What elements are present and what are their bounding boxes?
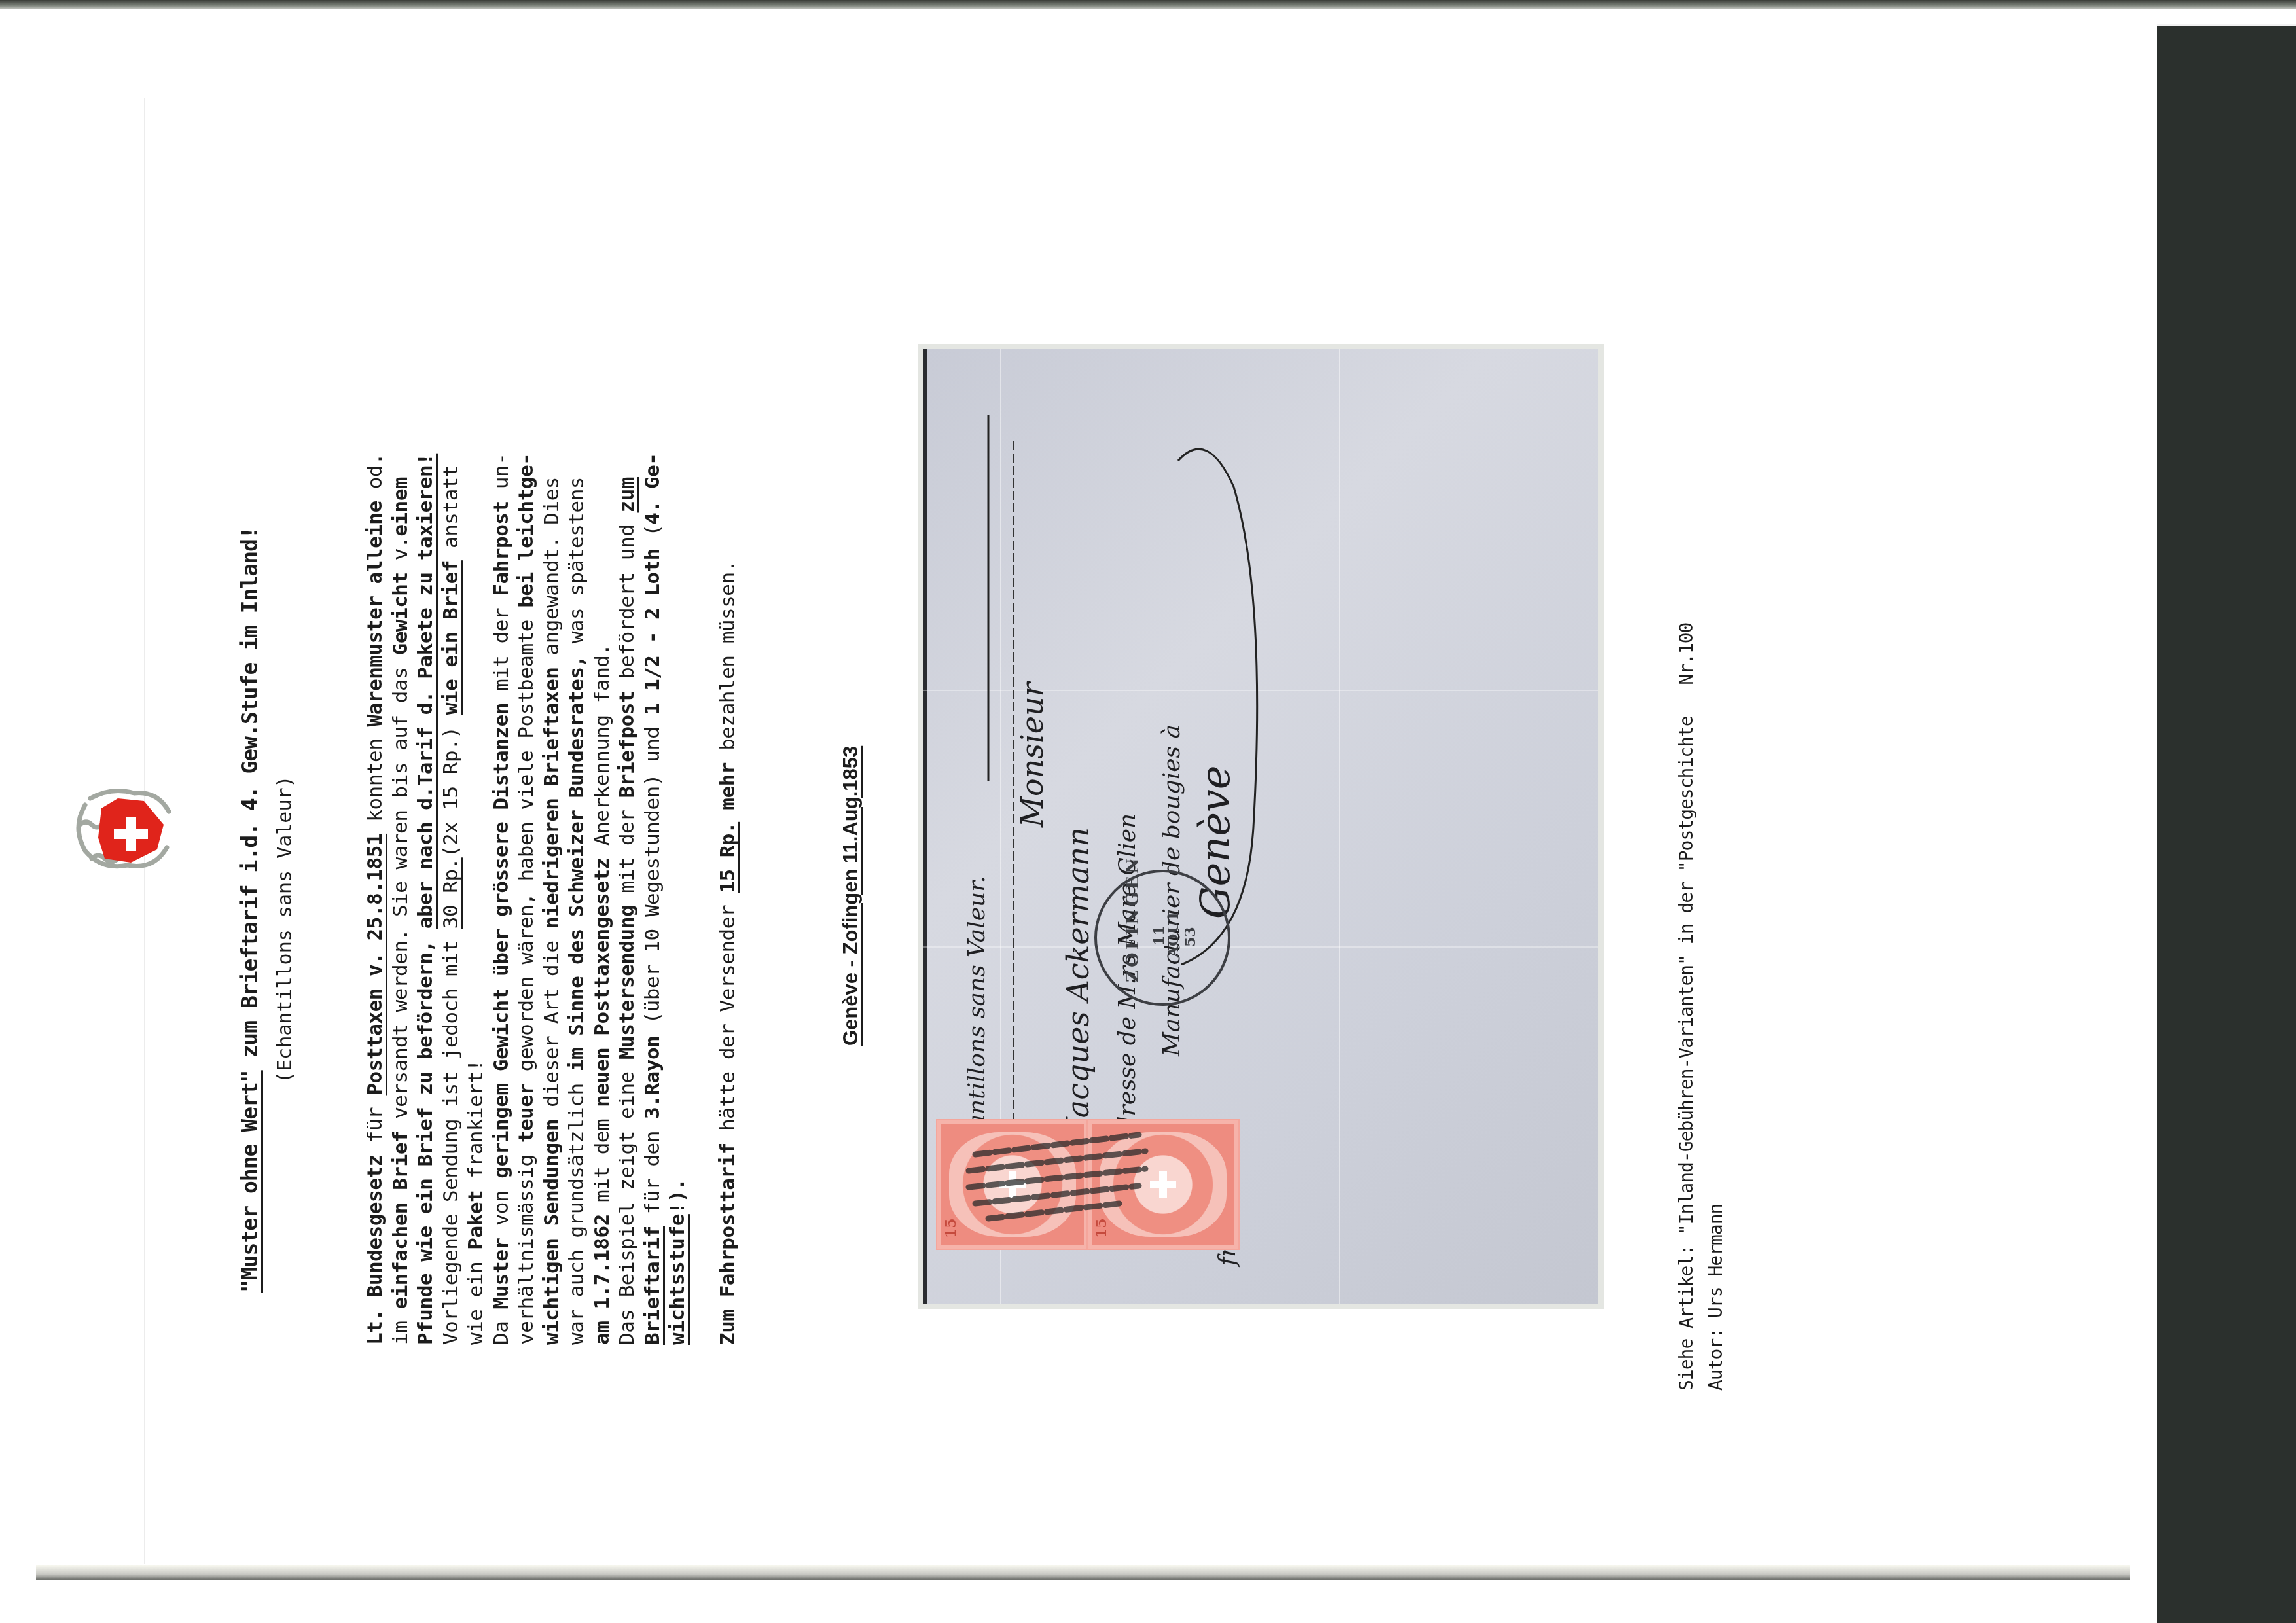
article-number: Nr.100 [1676,623,1697,685]
body-line: verhältnismässig teuer geworden wären, h… [516,454,537,1345]
postal-cover: Echantillons sans Valeur. Monsieur Jean … [923,349,1598,1304]
page-subtitle: (Echantillons sans Valeur) [274,776,296,1083]
grid-cancel-mark [949,1109,1158,1240]
address-line-1: Monsieur [1014,682,1050,827]
postmark-town: ZOFINGEN [1123,855,1143,982]
scanner-backing-board [2157,24,2296,1623]
body-line: Da Muster von geringem Gewicht über grös… [492,454,512,1345]
page-fold-line [1977,98,1977,1564]
body-line: war auch grundsätzlich im Sinne des Schw… [567,477,587,1345]
page-bottom-edge [36,1565,2130,1580]
body-line: Das Beispiel zeigt eine Mustersendung mi… [617,477,637,1345]
scanner-top-edge [0,0,2296,9]
title-rest: zum Brieftarif i.d. 4. Gew.Stufe im Inla… [237,527,262,1070]
title-quoted: "Muster ohne Wert" [237,1070,262,1293]
swiss-crest-icon [65,779,177,877]
body-line: Pfunde wie ein Brief zu befördern, aber … [416,454,436,1345]
postmark-year: 53 [1182,927,1199,947]
body-line: im einfachen Brief versandt werden. Sie … [391,477,411,1345]
body-line: Brieftarif für den 3.Rayon (über 10 Wege… [643,454,663,1345]
body-line: am 1.7.1862 mit dem neuen Posttaxengeset… [592,643,613,1345]
postmark: ZOFINGEN 11 AOUT 53 [1094,870,1230,1006]
body-line: Lt. Bundesgesetz für Posttaxen v. 25.8.1… [365,454,386,1345]
body-line: wie ein Paket frankiert! [466,1060,486,1345]
body-line: wichtigen Sendungen dieser Art die niedr… [542,477,562,1345]
article-author: Autor: Urs Hermann [1705,1204,1727,1391]
body-line: wichtsstufe!). [668,1179,688,1345]
postmark-month: AOUT [1165,910,1182,957]
body-line: Vorliegende Sendung ist jedoch mit 30 Rp… [441,465,461,1345]
body-line: Zum Fahrposttarif hätte der Versender 15… [718,560,738,1345]
page-title: "Muster ohne Wert" zum Brieftarif i.d. 4… [237,527,262,1293]
article-reference: Siehe Artikel: "Inland-Gebühren-Variante… [1676,623,1697,1391]
route-heading: Genève - Zofingen 11.Aug.1853 [839,746,863,1046]
